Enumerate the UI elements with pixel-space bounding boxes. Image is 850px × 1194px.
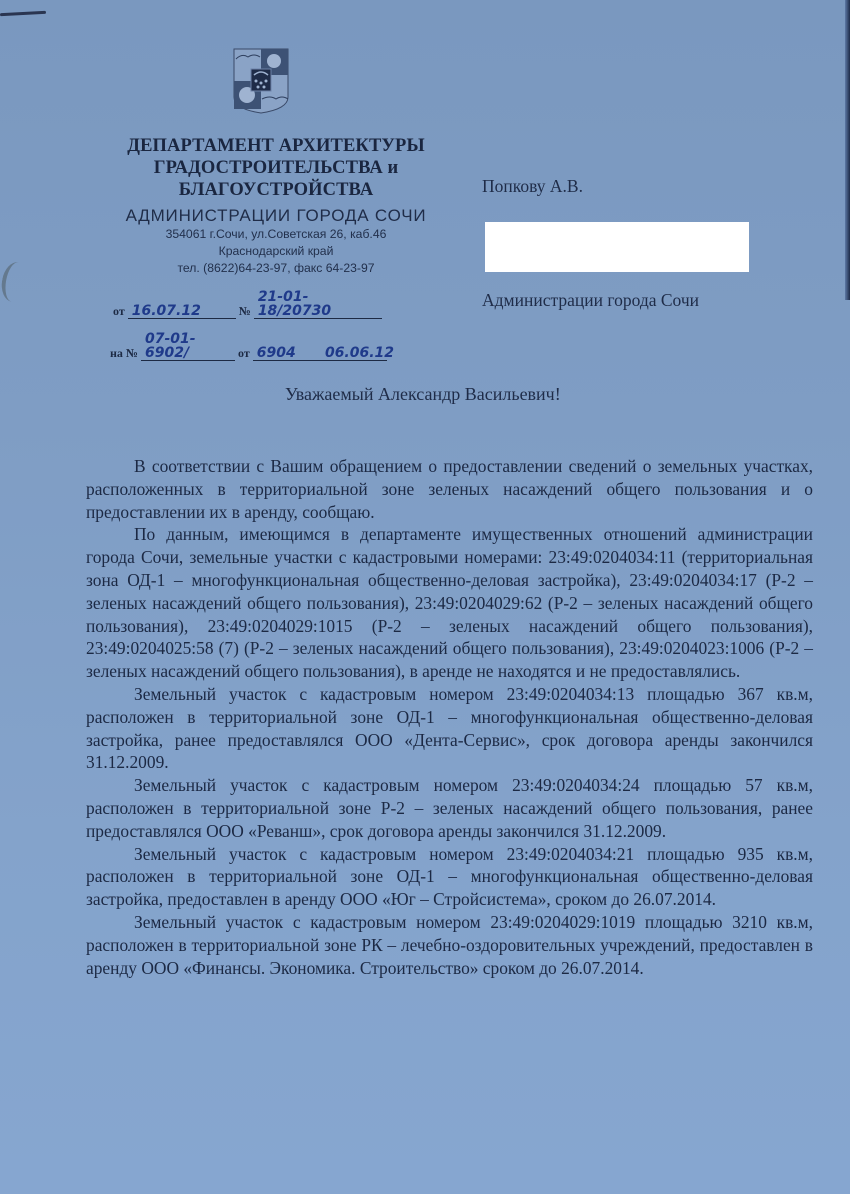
paragraph: Земельный участок с кадастровым номером … xyxy=(86,911,813,979)
paragraph: По данным, имеющимся в департаменте имущ… xyxy=(86,523,813,683)
recipient-organization: Администрации города Сочи xyxy=(482,290,699,311)
reply-from-label: от xyxy=(238,346,250,360)
region: Краснодарский край xyxy=(106,243,446,260)
department-name-line1: ДЕПАРТАМЕНТ АРХИТЕКТУРЫ xyxy=(106,135,446,157)
paragraph: В соответствии с Вашим обращением о пред… xyxy=(86,455,813,523)
administration-name: АДМИНИСТРАЦИИ ГОРОДА СОЧИ xyxy=(106,206,446,226)
outgoing-number: 21-01-18/20730 xyxy=(254,290,382,319)
reply-from-value: 6904 06.06.12 xyxy=(253,346,387,361)
page-edge-shadow xyxy=(845,0,850,300)
recipient-name: Попкову А.В. xyxy=(482,176,583,197)
reply-to-number: 07-01-6902/ xyxy=(141,332,235,361)
number-label: № xyxy=(239,304,251,318)
incoming-reference: на № 07-01-6902/ от 6904 06.06.12 xyxy=(110,332,387,361)
from-date: 16.07.12 xyxy=(128,304,236,319)
sochi-coat-of-arms-icon xyxy=(232,47,290,115)
salutation: Уважаемый Александр Васильевич! xyxy=(285,384,561,405)
reply-to-label: на № xyxy=(110,346,138,360)
paper-stain xyxy=(0,260,31,304)
phone-fax: тел. (8622)64-23-97, факс 64-23-97 xyxy=(106,260,446,277)
letter-body: В соответствии с Вашим обращением о пред… xyxy=(86,455,813,979)
outgoing-reference: от 16.07.12 № 21-01-18/20730 xyxy=(113,290,382,319)
address: 354061 г.Сочи, ул.Советская 26, каб.46 xyxy=(106,226,446,243)
pen-mark xyxy=(0,11,46,16)
letterhead: ДЕПАРТАМЕНТ АРХИТЕКТУРЫ ГРАДОСТРОИТЕЛЬСТ… xyxy=(106,135,446,277)
redacted-block xyxy=(485,222,749,272)
department-name-line3: БЛАГОУСТРОЙСТВА xyxy=(106,179,446,201)
paragraph: Земельный участок с кадастровым номером … xyxy=(86,683,813,774)
from-label: от xyxy=(113,304,125,318)
paragraph: Земельный участок с кадастровым номером … xyxy=(86,843,813,911)
department-name-line2: ГРАДОСТРОИТЕЛЬСТВА и xyxy=(106,157,446,179)
paragraph: Земельный участок с кадастровым номером … xyxy=(86,774,813,842)
